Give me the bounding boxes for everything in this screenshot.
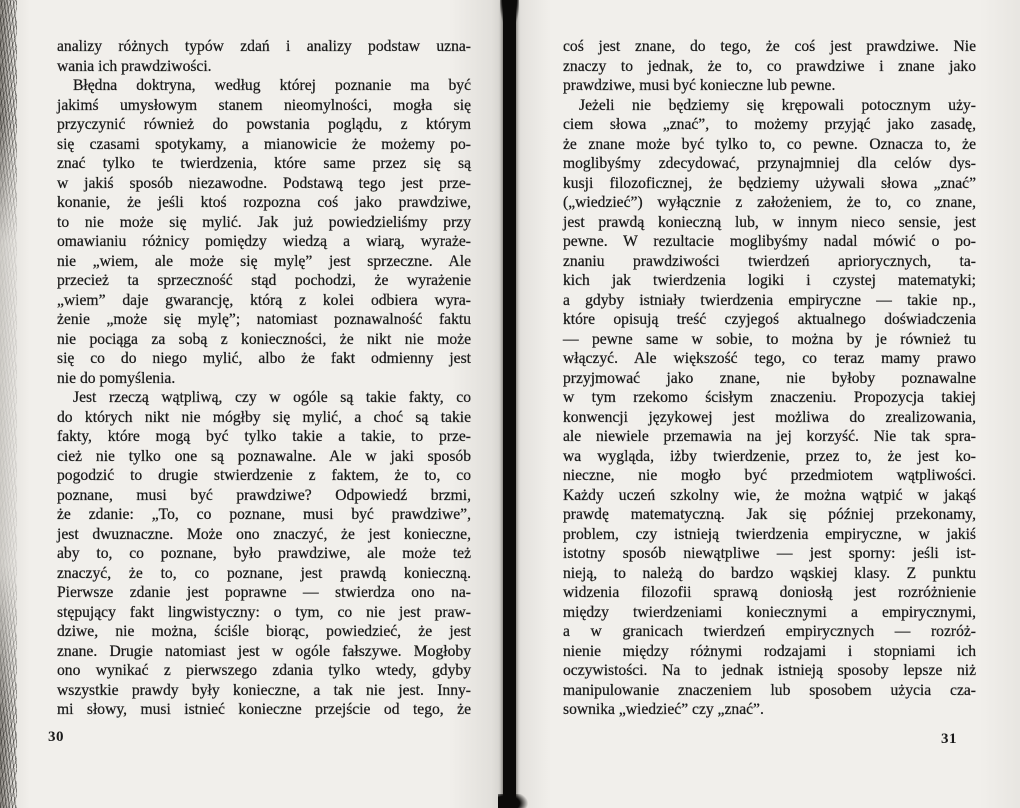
text-line: żenie „może się mylę”; natomiast poznawa… (57, 310, 471, 330)
text-line: nie pociąga za sobą z konieczności, że n… (57, 330, 471, 350)
text-line: cież nie tylko one są poznawalne. Ale w … (57, 447, 471, 467)
text-line: znać tylko te twierdzenia, które same pr… (57, 154, 471, 174)
text-line: jest dwuznaczne. Może ono znaczyć, że je… (57, 525, 471, 545)
text-line: prawdę matematyczną. Jak się później prz… (563, 505, 976, 525)
text-line: prawdziwe, musi być konieczne lub pewne. (563, 76, 976, 96)
text-line: — pewne same w sobie, to można by je rów… (563, 330, 976, 350)
text-line: omawianiu różnicy pomiędzy wiedzą a wiar… (57, 232, 471, 252)
text-line: Jest rzeczą wątpliwą, czy w ogóle są tak… (57, 388, 471, 408)
text-line: jest prawdą konieczną lub, w innym nieco… (563, 213, 976, 233)
text-line: wa wygląda, iżby twierdzenie, przez to, … (563, 447, 976, 467)
text-line: nienie między różnymi rodzajami i stopni… (563, 642, 976, 662)
text-line: ciem słowa „znać”, to możemy przyjąć jak… (563, 115, 976, 135)
text-line: konwencji językowej jest możliwa do zrea… (563, 408, 976, 428)
text-line: fakty, które mogą być tylko takie a taki… (57, 427, 471, 447)
book-edge-texture (0, 0, 17, 808)
text-line: przecież ta sprzeczność stąd pochodzi, ż… (57, 271, 471, 291)
text-line: Pierwsze zdanie jest poprawne — stwierdz… (57, 583, 471, 603)
text-line: się czasami spotykamy, a mianowicie że m… (57, 135, 471, 155)
left-page-text: analizy różnych typów zdań i analizy pod… (57, 37, 471, 720)
text-line: znane. Drugie natomiast jest w ogóle fał… (57, 642, 471, 662)
text-line: moglibyśmy zdecydować, przynajmniej dla … (563, 154, 976, 174)
text-line: przyjmować jako znane, nie byłoby poznaw… (563, 369, 976, 389)
text-line: ono wynikać z pierwszego zdania tylko wt… (57, 661, 471, 681)
text-line: jakimś umysłowym stanem nieomylności, mo… (57, 96, 471, 116)
text-line: kusji filozoficznej, że będziemy używali… (563, 174, 976, 194)
text-line: aby to, co poznane, było prawdziwe, ale … (57, 544, 471, 564)
text-line: problem, czy istnieją twierdzenia empiry… (563, 525, 976, 545)
book-gutter-shadow (503, 0, 516, 808)
text-line: się co do niego mylić, albo że fakt odmi… (57, 349, 471, 369)
text-line: Każdy uczeń szkolny wie, że można wątpić… (563, 486, 976, 506)
text-line: a gdyby istniały twierdzenia empiryczne … (563, 291, 976, 311)
text-line: znaniu prawdziwości twierdzeń aprioryczn… (563, 252, 976, 272)
text-line: pewne. W rezultacie moglibyśmy nadal mów… (563, 232, 976, 252)
text-line: Błędna doktryna, według której poznanie … (57, 76, 471, 96)
text-line: poznane, musi być prawdziwe? Odpowiedź b… (57, 486, 471, 506)
text-line: coś jest znane, do tego, że coś jest pra… (563, 37, 976, 57)
page-number-left: 30 (48, 729, 64, 746)
text-line: sownika „wiedzieć” czy „znać”. (563, 700, 976, 720)
text-line: wania ich prawdziwości. (57, 57, 471, 77)
text-line: dziwe, nie można, ściśle biorąc, powiedz… (57, 622, 471, 642)
text-line: to nie może się mylić. Jak już powiedzie… (57, 213, 471, 233)
text-line: ale niewiele przemawia na jej korzyść. N… (563, 427, 976, 447)
text-line: „wiem” daje gwarancję, którą z kolei odb… (57, 291, 471, 311)
text-line: („wiedzieć”) wyłącznie z założeniem, że … (563, 193, 976, 213)
text-line: do których nikt nie mógłby się mylić, a … (57, 408, 471, 428)
text-line: analizy różnych typów zdań i analizy pod… (57, 37, 471, 57)
text-line: oczywistości. Na to jednak istnieją spos… (563, 661, 976, 681)
text-line: pogodzić to drugie stwierdzenie z faktem… (57, 466, 471, 486)
text-line: nie „wiem, ale może się mylę” jest sprze… (57, 252, 471, 272)
text-line: włączyć. Ale większość tego, co teraz ma… (563, 349, 976, 369)
text-line: w jakiś sposób niezawodne. Podstawą tego… (57, 174, 471, 194)
text-line: które opisują treść czyjegoś aktualnego … (563, 310, 976, 330)
page-number-right: 31 (941, 731, 957, 748)
book-spread: analizy różnych typów zdań i analizy pod… (0, 0, 1020, 808)
text-line: widzenia filozofii sprawą doniosłą jest … (563, 583, 976, 603)
text-line: między twierdzeniami koniecznymi a empir… (563, 603, 976, 623)
text-line: mi słowy, musi istnieć konieczne przejśc… (57, 700, 471, 720)
text-line: że zdanie: „To, co poznane, musi być pra… (57, 505, 471, 525)
text-line: wszystkie prawdy były konieczne, a tak n… (57, 681, 471, 701)
text-line: w tym rzekomo ścisłym znaczeniu. Propozy… (563, 388, 976, 408)
text-line: kich jak twierdzenia logiki i czystej ma… (563, 271, 976, 291)
text-line: a w granicach twierdzeń empirycznych — r… (563, 622, 976, 642)
text-line: istotny sposób niewątpliwe — jest sporny… (563, 544, 976, 564)
text-line: Jeżeli nie będziemy się krępowali potocz… (563, 96, 976, 116)
text-line: manipulowanie znaczeniem lub sposobem uż… (563, 681, 976, 701)
text-line: przyczynić również do powstania poglądu,… (57, 115, 471, 135)
text-line: stępujący fakt lingwistyczny: o tym, co … (57, 603, 471, 623)
text-line: nieczne, nie mogło być przedmiotem wątpl… (563, 466, 976, 486)
text-line: konanie, że jeśli ktoś rozpozna coś jako… (57, 193, 471, 213)
text-line: że znane może być tylko to, co pewne. Oz… (563, 135, 976, 155)
right-page-text: coś jest znane, do tego, że coś jest pra… (563, 37, 976, 720)
text-line: znaczyć, że to, co poznane, jest prawdą … (57, 564, 471, 584)
text-line: nie do pomyślenia. (57, 369, 471, 389)
text-line: znaczy to jednak, że to, co prawdziwe i … (563, 57, 976, 77)
text-line: nieją, to należą do bardzo wąskiej klasy… (563, 564, 976, 584)
